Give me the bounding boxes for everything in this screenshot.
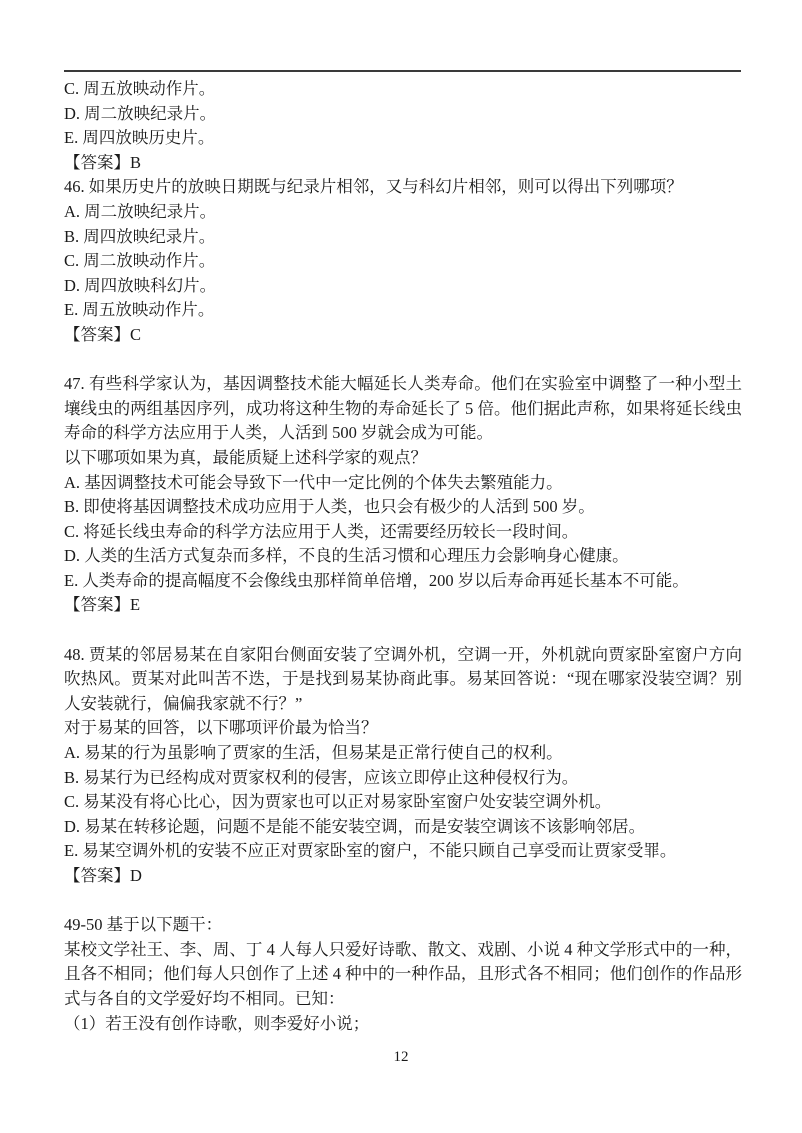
option-line: D. 周二放映纪录片。 (64, 102, 742, 127)
answer-line: 【答案】E (64, 593, 742, 618)
option-line: B. 周四放映纪录片。 (64, 225, 742, 250)
question-group-header: 49-50 基于以下题干： (64, 913, 742, 938)
answer-line: 【答案】B (64, 151, 742, 176)
option-line: C. 周二放映动作片。 (64, 249, 742, 274)
question-prompt: 以下哪项如果为真，最能质疑上述科学家的观点？ (64, 446, 742, 471)
answer-line: 【答案】C (64, 323, 742, 348)
option-line: D. 易某在转移论题，问题不是能不能安装空调，而是安装空调该不该影响邻居。 (64, 815, 742, 840)
option-line: E. 人类寿命的提高幅度不会像线虫那样简单倍增，200 岁以后寿命再延长基本不可… (64, 569, 742, 594)
option-line: D. 周四放映科幻片。 (64, 274, 742, 299)
option-line: A. 基因调整技术可能会导致下一代中一定比例的个体失去繁殖能力。 (64, 471, 742, 496)
question-stem: 47. 有些科学家认为，基因调整技术能大幅延长人类寿命。他们在实验室中调整了一种… (64, 372, 742, 446)
option-line: E. 周五放映动作片。 (64, 298, 742, 323)
page-number: 12 (394, 1049, 409, 1065)
question-stem: 某校文学社王、李、周、丁 4 人每人只爱好诗歌、散文、戏剧、小说 4 种文学形式… (64, 938, 742, 1012)
option-line: C. 周五放映动作片。 (64, 77, 742, 102)
question-45-tail: C. 周五放映动作片。 D. 周二放映纪录片。 E. 周四放映历史片。 【答案】… (64, 77, 742, 175)
question-47: 47. 有些科学家认为，基因调整技术能大幅延长人类寿命。他们在实验室中调整了一种… (64, 372, 742, 618)
header-rule (64, 70, 741, 72)
questions-49-50-stem: 49-50 基于以下题干： 某校文学社王、李、周、丁 4 人每人只爱好诗歌、散文… (64, 913, 742, 1036)
answer-line: 【答案】D (64, 864, 742, 889)
question-stem: 48. 贾某的邻居易某在自家阳台侧面安装了空调外机，空调一开，外机就向贾家卧室窗… (64, 643, 742, 717)
document-page: C. 周五放映动作片。 D. 周二放映纪录片。 E. 周四放映历史片。 【答案】… (0, 0, 802, 1133)
question-stem: 46. 如果历史片的放映日期既与纪录片相邻，又与科幻片相邻，则可以得出下列哪项？ (64, 175, 742, 200)
question-48: 48. 贾某的邻居易某在自家阳台侧面安装了空调外机，空调一开，外机就向贾家卧室窗… (64, 643, 742, 889)
page-footer: 12 (0, 1046, 802, 1068)
option-line: B. 易某行为已经构成对贾家权利的侵害，应该立即停止这种侵权行为。 (64, 766, 742, 791)
option-line: D. 人类的生活方式复杂而多样，不良的生活习惯和心理压力会影响身心健康。 (64, 544, 742, 569)
question-46: 46. 如果历史片的放映日期既与纪录片相邻，又与科幻片相邻，则可以得出下列哪项？… (64, 175, 742, 347)
option-line: B. 即使将基因调整技术成功应用于人类，也只会有极少的人活到 500 岁。 (64, 495, 742, 520)
option-line: E. 易某空调外机的安装不应正对贾家卧室的窗户，不能只顾自己享受而让贾家受罪。 (64, 839, 742, 864)
option-line: A. 易某的行为虽影响了贾家的生活，但易某是正常行使自己的权利。 (64, 741, 742, 766)
option-line: C. 易某没有将心比心，因为贾家也可以正对易家卧室窗户处安装空调外机。 (64, 790, 742, 815)
option-line: A. 周二放映纪录片。 (64, 200, 742, 225)
page-content: C. 周五放映动作片。 D. 周二放映纪录片。 E. 周四放映历史片。 【答案】… (64, 77, 742, 1036)
question-prompt: 对于易某的回答，以下哪项评价最为恰当？ (64, 716, 742, 741)
condition-line: （1）若王没有创作诗歌，则李爱好小说； (64, 1012, 742, 1037)
option-line: C. 将延长线虫寿命的科学方法应用于人类，还需要经历较长一段时间。 (64, 520, 742, 545)
option-line: E. 周四放映历史片。 (64, 126, 742, 151)
